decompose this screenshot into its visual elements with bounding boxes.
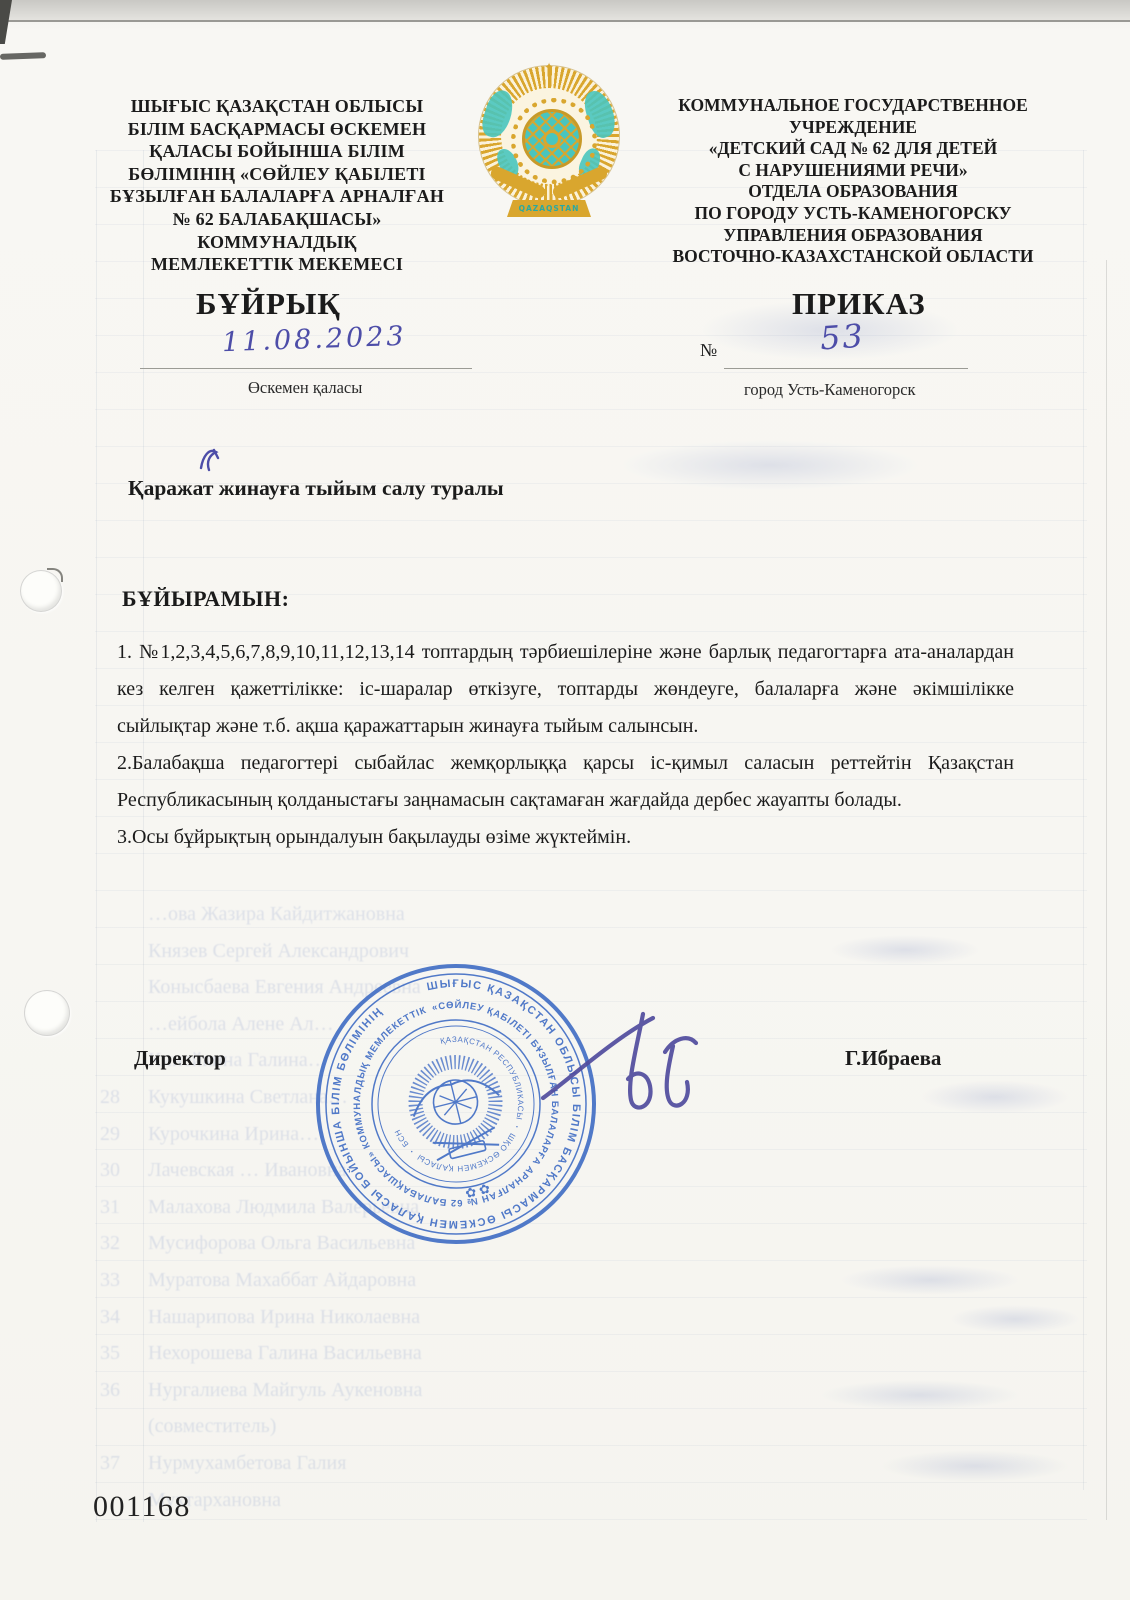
staple-mark	[0, 52, 46, 60]
ink-mark	[196, 444, 222, 474]
letterhead-russian: КОММУНАЛЬНОЕ ГОСУДАРСТВЕННОЕУЧРЕЖДЕНИЕ«Д…	[628, 95, 1078, 268]
bleedthrough-smudge	[920, 1080, 1070, 1114]
scan-corner-shadow	[0, 0, 12, 44]
order-subject: Қаражат жинауға тыйым салу туралы	[128, 476, 504, 501]
scan-top-band	[0, 0, 1130, 20]
bleedthrough-row: 36Нургалиева Майгуль Аукеновна	[100, 1372, 700, 1409]
order-body: 1. №1,2,3,4,5,6,7,8,9,10,11,12,13,14 топ…	[117, 634, 1014, 856]
text-line: № 62 БАЛАБАҚШАСЫ»	[68, 208, 486, 231]
text-line: БҰЗЫЛҒАН БАЛАЛАРҒА АРНАЛҒАН	[68, 185, 486, 208]
emblem-center-dot	[543, 130, 561, 148]
punch-hole-bottom	[24, 990, 70, 1036]
text-line: ВОСТОЧНО-КАЗАХСТАНСКОЙ ОБЛАСТИ	[628, 246, 1078, 268]
text-line: 2.Балабақша педагогтері сыбайлас жемқорл…	[117, 745, 1014, 819]
text-line: С НАРУШЕНИЯМИ РЕЧИ»	[628, 160, 1078, 182]
signer-name: Г.Ибраева	[845, 1046, 941, 1071]
form-control-number: 001168	[93, 1490, 191, 1524]
scanned-order-page: …ова Жазира КайдитжановнаКнязев Сергей А…	[0, 0, 1130, 1600]
text-line: БӨЛІМІНІҢ «СӨЙЛЕУ ҚАБІЛЕТІ	[68, 163, 486, 186]
order-word-kazakh: БҰЙРЫҚ	[196, 286, 341, 322]
emblem-star-icon: ✦	[477, 60, 621, 75]
bleedthrough-grid-vline	[96, 150, 97, 1522]
bleedthrough-smudge	[820, 1380, 1020, 1410]
emblem-caption: QAZAQSTAN	[519, 204, 580, 213]
place-russian: город Усть-Каменогорск	[744, 380, 916, 400]
scan-top-edge-line	[0, 20, 1130, 22]
resolution-heading: БҰЙЫРАМЫН:	[122, 586, 289, 612]
text-line: 1. №1,2,3,4,5,6,7,8,9,10,11,12,13,14 топ…	[117, 634, 1014, 745]
number-label: №	[700, 340, 717, 361]
text-line: УЧРЕЖДЕНИЕ	[628, 117, 1078, 139]
signer-role: Директор	[134, 1046, 226, 1071]
emblem-banner: QAZAQSTAN	[507, 200, 591, 217]
text-line: КОММУНАЛДЫҚ	[68, 231, 486, 254]
text-line: 3.Осы бұйрықтың орындалуын бақылауды өзі…	[117, 819, 1014, 856]
text-line: ҚАЛАСЫ БОЙЫНША БІЛІМ	[68, 140, 486, 163]
bleedthrough-smudge	[830, 935, 980, 965]
bleedthrough-smudge	[840, 1265, 1020, 1295]
number-line	[724, 368, 968, 369]
handwritten-signature	[515, 990, 725, 1130]
bleedthrough-smudge	[620, 440, 920, 490]
kazakhstan-emblem: ✦ QAZAQSTAN	[477, 64, 621, 222]
bleedthrough-row: …ова Жазира Кайдитжановна	[100, 896, 700, 933]
text-line: КОММУНАЛЬНОЕ ГОСУДАРСТВЕННОЕ	[628, 95, 1078, 117]
bleedthrough-smudge	[950, 1305, 1080, 1333]
bleedthrough-row: 37Нурмухамбетова Галия	[100, 1445, 700, 1482]
bleedthrough-grid-vline	[1083, 150, 1084, 1490]
punch-hole-top	[20, 570, 62, 612]
bleedthrough-row: (совместитель)	[100, 1408, 700, 1445]
bleedthrough-smudge	[880, 1450, 1070, 1482]
bleedthrough-row: 33Муратова Махаббат Айдаровна	[100, 1262, 700, 1299]
text-line: УПРАВЛЕНИЯ ОБРАЗОВАНИЯ	[628, 225, 1078, 247]
bleedthrough-row: 35Нехорошева Галина Васильевна	[100, 1335, 700, 1372]
text-line: ОТДЕЛА ОБРАЗОВАНИЯ	[628, 181, 1078, 203]
handwritten-date: 11.08.2023	[222, 321, 408, 358]
bleedthrough-row: 34Нашарипова Ирина Николаевна	[100, 1299, 700, 1336]
handwritten-number: 53	[819, 316, 866, 357]
text-line: БІЛІМ БАСҚАРМАСЫ ӨСКЕМЕН	[68, 118, 486, 141]
text-line: ПО ГОРОДУ УСТЬ-КАМЕНОГОРСКУ	[628, 203, 1078, 225]
text-line: ШЫҒЫС ҚАЗАҚСТАН ОБЛЫСЫ	[68, 95, 486, 118]
text-line: «ДЕТСКИЙ САД № 62 ДЛЯ ДЕТЕЙ	[628, 138, 1078, 160]
text-line: МЕМЛЕКЕТТІК МЕКЕМЕСІ	[68, 253, 486, 276]
date-line	[140, 368, 472, 369]
scan-right-edge-line	[1106, 260, 1107, 1520]
letterhead-kazakh: ШЫҒЫС ҚАЗАҚСТАН ОБЛЫСЫБІЛІМ БАСҚАРМАСЫ Ө…	[68, 95, 486, 276]
place-kazakh: Өскемен қаласы	[248, 378, 362, 398]
